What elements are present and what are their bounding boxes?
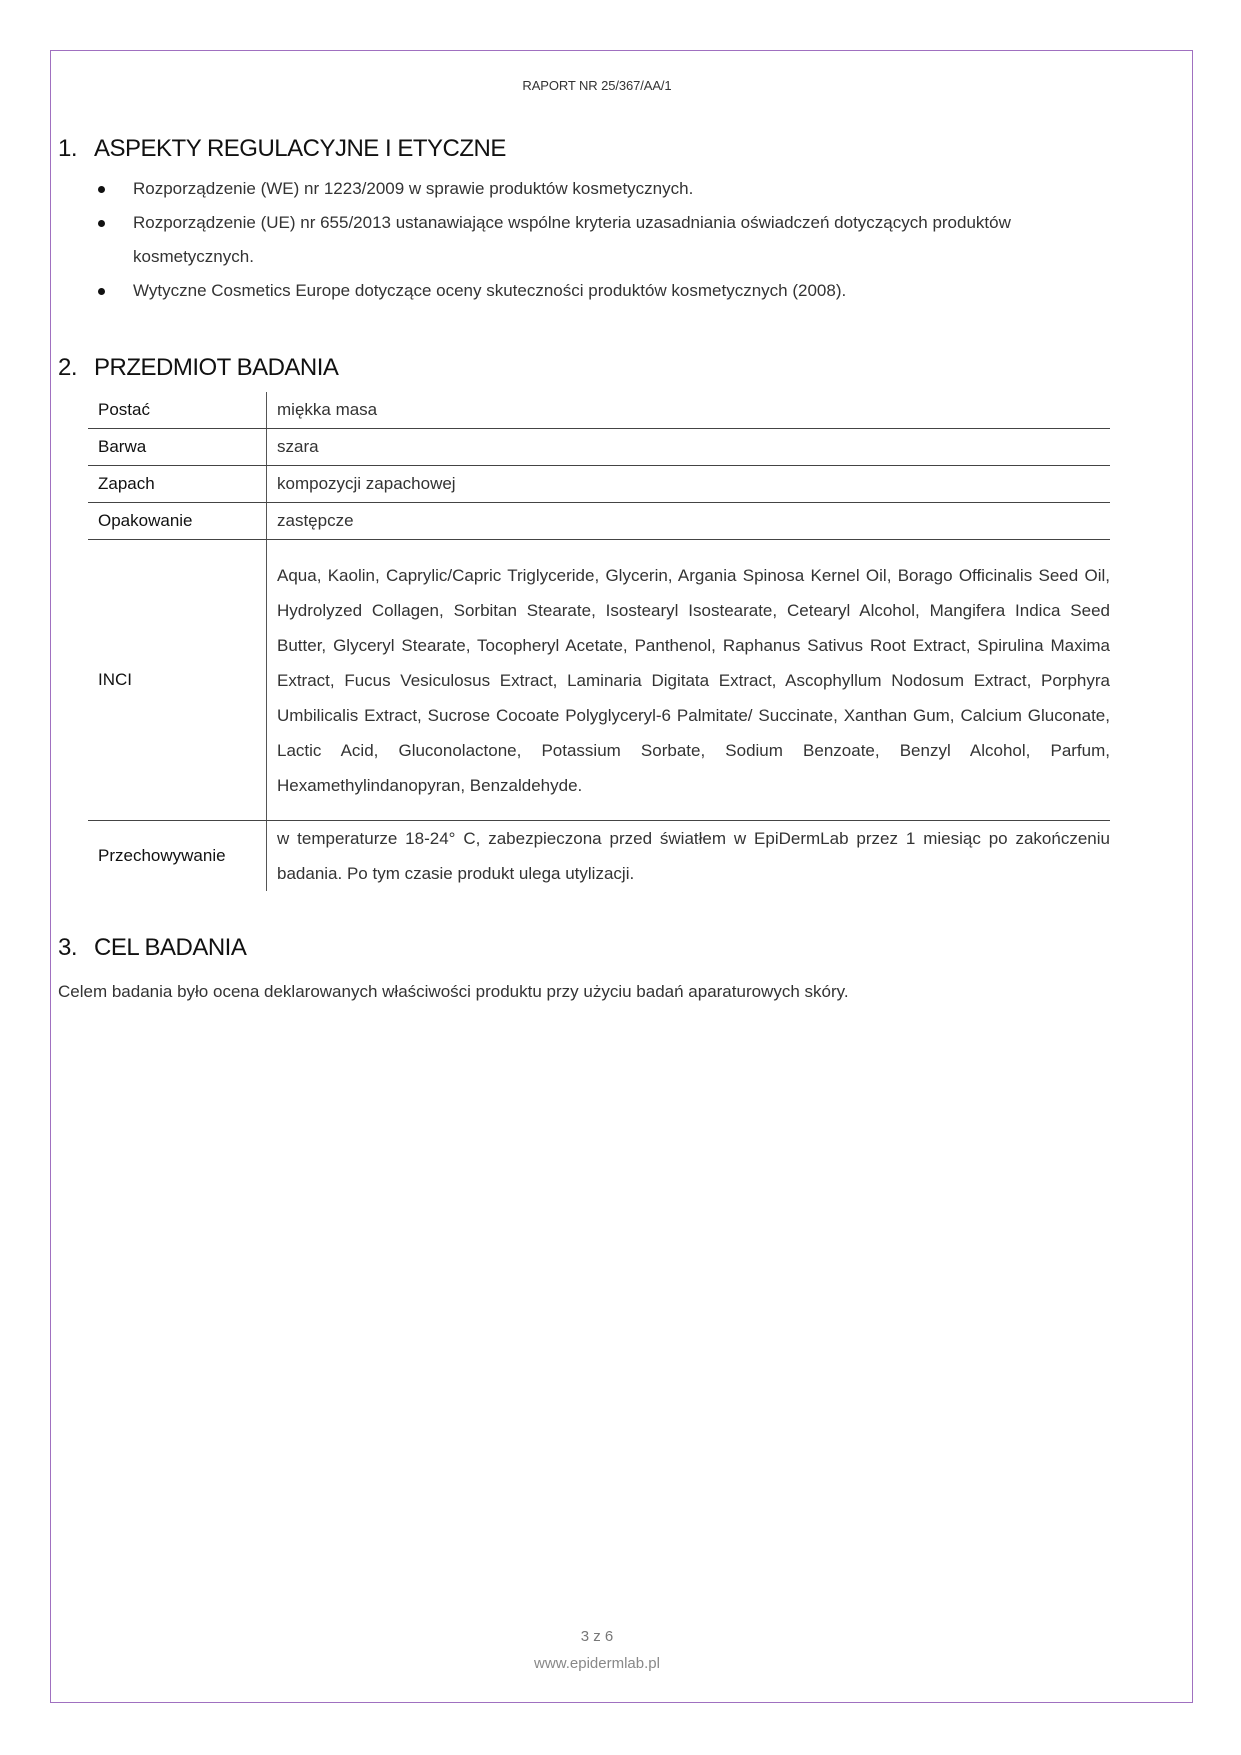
list-item-text: Rozporządzenie (UE) nr 655/2013 ustanawi… (133, 206, 1068, 274)
product-subject-table: Postać miękka masa Barwa szara Zapach ko… (88, 392, 1110, 891)
section-1-heading: 1.ASPEKTY REGULACYJNE I ETYCZNE (58, 135, 506, 163)
row-value: Aqua, Kaolin, Caprylic/Capric Triglyceri… (267, 540, 1111, 821)
regulations-list: Rozporządzenie (WE) nr 1223/2009 w spraw… (58, 172, 1108, 308)
section-2-heading: 2.PRZEDMIOT BADANIA (58, 354, 338, 382)
list-item-text: Rozporządzenie (WE) nr 1223/2009 w spraw… (133, 179, 693, 198)
section-1-number: 1. (58, 135, 94, 163)
section-3-heading: 3.CEL BADANIA (58, 934, 246, 962)
row-value: miękka masa (267, 392, 1111, 429)
section-3-number: 3. (58, 934, 94, 962)
row-value: kompozycji zapachowej (267, 466, 1111, 503)
row-label: Barwa (88, 429, 267, 466)
purpose-paragraph: Celem badania było ocena deklarowanych w… (58, 982, 849, 1002)
table-row: Opakowanie zastępcze (88, 503, 1110, 540)
list-item: Rozporządzenie (UE) nr 655/2013 ustanawi… (58, 206, 1108, 274)
row-value: w temperaturze 18-24° C, zabezpieczona p… (267, 821, 1111, 892)
list-item: Wytyczne Cosmetics Europe dotyczące ocen… (58, 274, 1108, 308)
list-item-text: Wytyczne Cosmetics Europe dotyczące ocen… (133, 281, 846, 300)
bullet-icon (98, 288, 105, 295)
table-row: Przechowywanie w temperaturze 18-24° C, … (88, 821, 1110, 892)
section-2-title: PRZEDMIOT BADANIA (94, 354, 338, 381)
table-row: INCI Aqua, Kaolin, Caprylic/Capric Trigl… (88, 540, 1110, 821)
bullet-icon (98, 220, 105, 227)
bullet-icon (98, 186, 105, 193)
row-label: Zapach (88, 466, 267, 503)
row-label: Opakowanie (88, 503, 267, 540)
report-number: RAPORT NR 25/367/AA/1 (0, 78, 1194, 93)
row-value: szara (267, 429, 1111, 466)
table-row: Barwa szara (88, 429, 1110, 466)
table-row: Postać miękka masa (88, 392, 1110, 429)
section-2-number: 2. (58, 354, 94, 382)
list-item: Rozporządzenie (WE) nr 1223/2009 w spraw… (58, 172, 1108, 206)
row-value: zastępcze (267, 503, 1111, 540)
page-number: 3 z 6 (0, 1628, 1194, 1645)
section-1-title: ASPEKTY REGULACYJNE I ETYCZNE (94, 135, 506, 162)
row-label: Przechowywanie (88, 821, 267, 892)
row-label: Postać (88, 392, 267, 429)
section-3-title: CEL BADANIA (94, 934, 246, 961)
row-label: INCI (88, 540, 267, 821)
website-link[interactable]: www.epidermlab.pl (0, 1655, 1194, 1672)
table-row: Zapach kompozycji zapachowej (88, 466, 1110, 503)
